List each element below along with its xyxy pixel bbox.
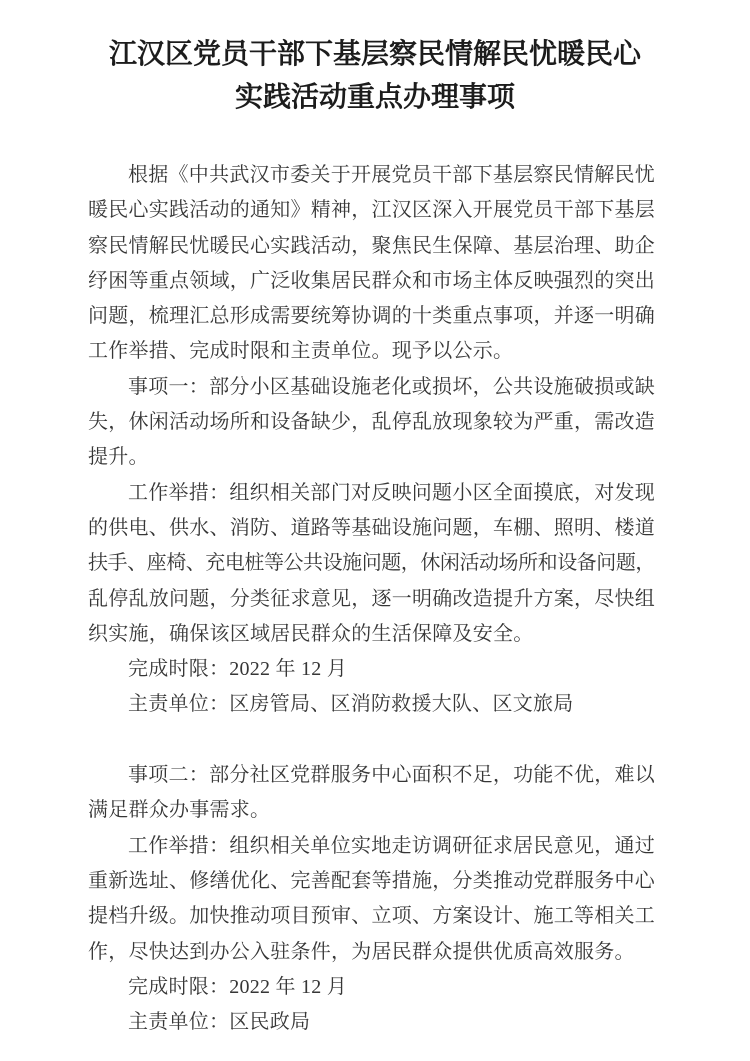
text-line: 问题，梳理汇总形成需要统筹协调的十类重点事项，并逐一明确 [88,299,655,334]
text-line: 主责单位：区民政局 [88,1005,655,1040]
text-line: 纾困等重点领域，广泛收集居民群众和市场主体反映强烈的突出 [88,264,655,299]
text-line: 事项一：部分小区基础设施老化或损坏，公共设施破损或缺 [88,370,655,405]
blank-line [88,723,655,758]
text-line: 失，休闲活动场所和设备缺少，乱停乱放现象较为严重，需改造 [88,405,655,440]
item-1-issue-paragraph: 事项一：部分小区基础设施老化或损坏，公共设施破损或缺失，休闲活动场所和设备缺少，… [88,370,655,476]
item-2-measures-paragraph: 工作举措：组织相关单位实地走访调研征求居民意见，通过重新选址、修缮优化、完善配套… [88,829,655,970]
text-line: 完成时限：2022 年 12 月 [88,970,655,1005]
text-line: 提档升级。加快推动项目预审、立项、方案设计、施工等相关工 [88,899,655,934]
text-line: 扶手、座椅、充电桩等公共设施问题，休闲活动场所和设备问题， [88,546,655,581]
text-line: 工作举措、完成时限和主责单位。现予以公示。 [88,334,655,369]
intro-paragraph: 根据《中共武汉市委关于开展党员干部下基层察民情解民忧暖民心实践活动的通知》精神，… [88,158,655,370]
text-line: 织实施，确保该区域居民群众的生活保障及安全。 [88,617,655,652]
text-line: 重新选址、修缮优化、完善配套等措施，分类推动党群服务中心 [88,864,655,899]
document-body: 根据《中共武汉市委关于开展党员干部下基层察民情解民忧暖民心实践活动的通知》精神，… [88,158,655,1040]
document-title-line-2: 实践活动重点办理事项 [0,76,750,119]
item-1-owner: 主责单位：区房管局、区消防救援大队、区文旅局 [88,687,655,722]
item-2-issue-paragraph: 事项二：部分社区党群服务中心面积不足，功能不优，难以满足群众办事需求。 [88,758,655,829]
text-line: 满足群众办事需求。 [88,793,655,828]
document-title-line-1: 江汉区党员干部下基层察民情解民忧暖民心 [0,33,750,76]
text-line: 工作举措：组织相关单位实地走访调研征求居民意见，通过 [88,829,655,864]
text-line: 事项二：部分社区党群服务中心面积不足，功能不优，难以 [88,758,655,793]
text-line: 根据《中共武汉市委关于开展党员干部下基层察民情解民忧 [88,158,655,193]
text-line: 提升。 [88,440,655,475]
document-page: 江汉区党员干部下基层察民情解民忧暖民心 实践活动重点办理事项 根据《中共武汉市委… [0,0,750,1061]
text-line: 作，尽快达到办公入驻条件，为居民群众提供优质高效服务。 [88,935,655,970]
document-title: 江汉区党员干部下基层察民情解民忧暖民心 实践活动重点办理事项 [0,0,750,119]
item-2-owner: 主责单位：区民政局 [88,1005,655,1040]
text-line: 完成时限：2022 年 12 月 [88,652,655,687]
text-line: 主责单位：区房管局、区消防救援大队、区文旅局 [88,687,655,722]
text-line: 乱停乱放问题，分类征求意见，逐一明确改造提升方案，尽快组 [88,582,655,617]
text-line: 的供电、供水、消防、道路等基础设施问题，车棚、照明、楼道 [88,511,655,546]
item-1-deadline: 完成时限：2022 年 12 月 [88,652,655,687]
text-line: 暖民心实践活动的通知》精神，江汉区深入开展党员干部下基层 [88,193,655,228]
text-line: 察民情解民忧暖民心实践活动，聚焦民生保障、基层治理、助企 [88,229,655,264]
scanned-document-page: { "page": { "background_color": "#ffffff… [0,0,750,1061]
text-line: 工作举措：组织相关部门对反映问题小区全面摸底，对发现 [88,476,655,511]
item-1-measures-paragraph: 工作举措：组织相关部门对反映问题小区全面摸底，对发现的供电、供水、消防、道路等基… [88,476,655,652]
item-2-deadline: 完成时限：2022 年 12 月 [88,970,655,1005]
